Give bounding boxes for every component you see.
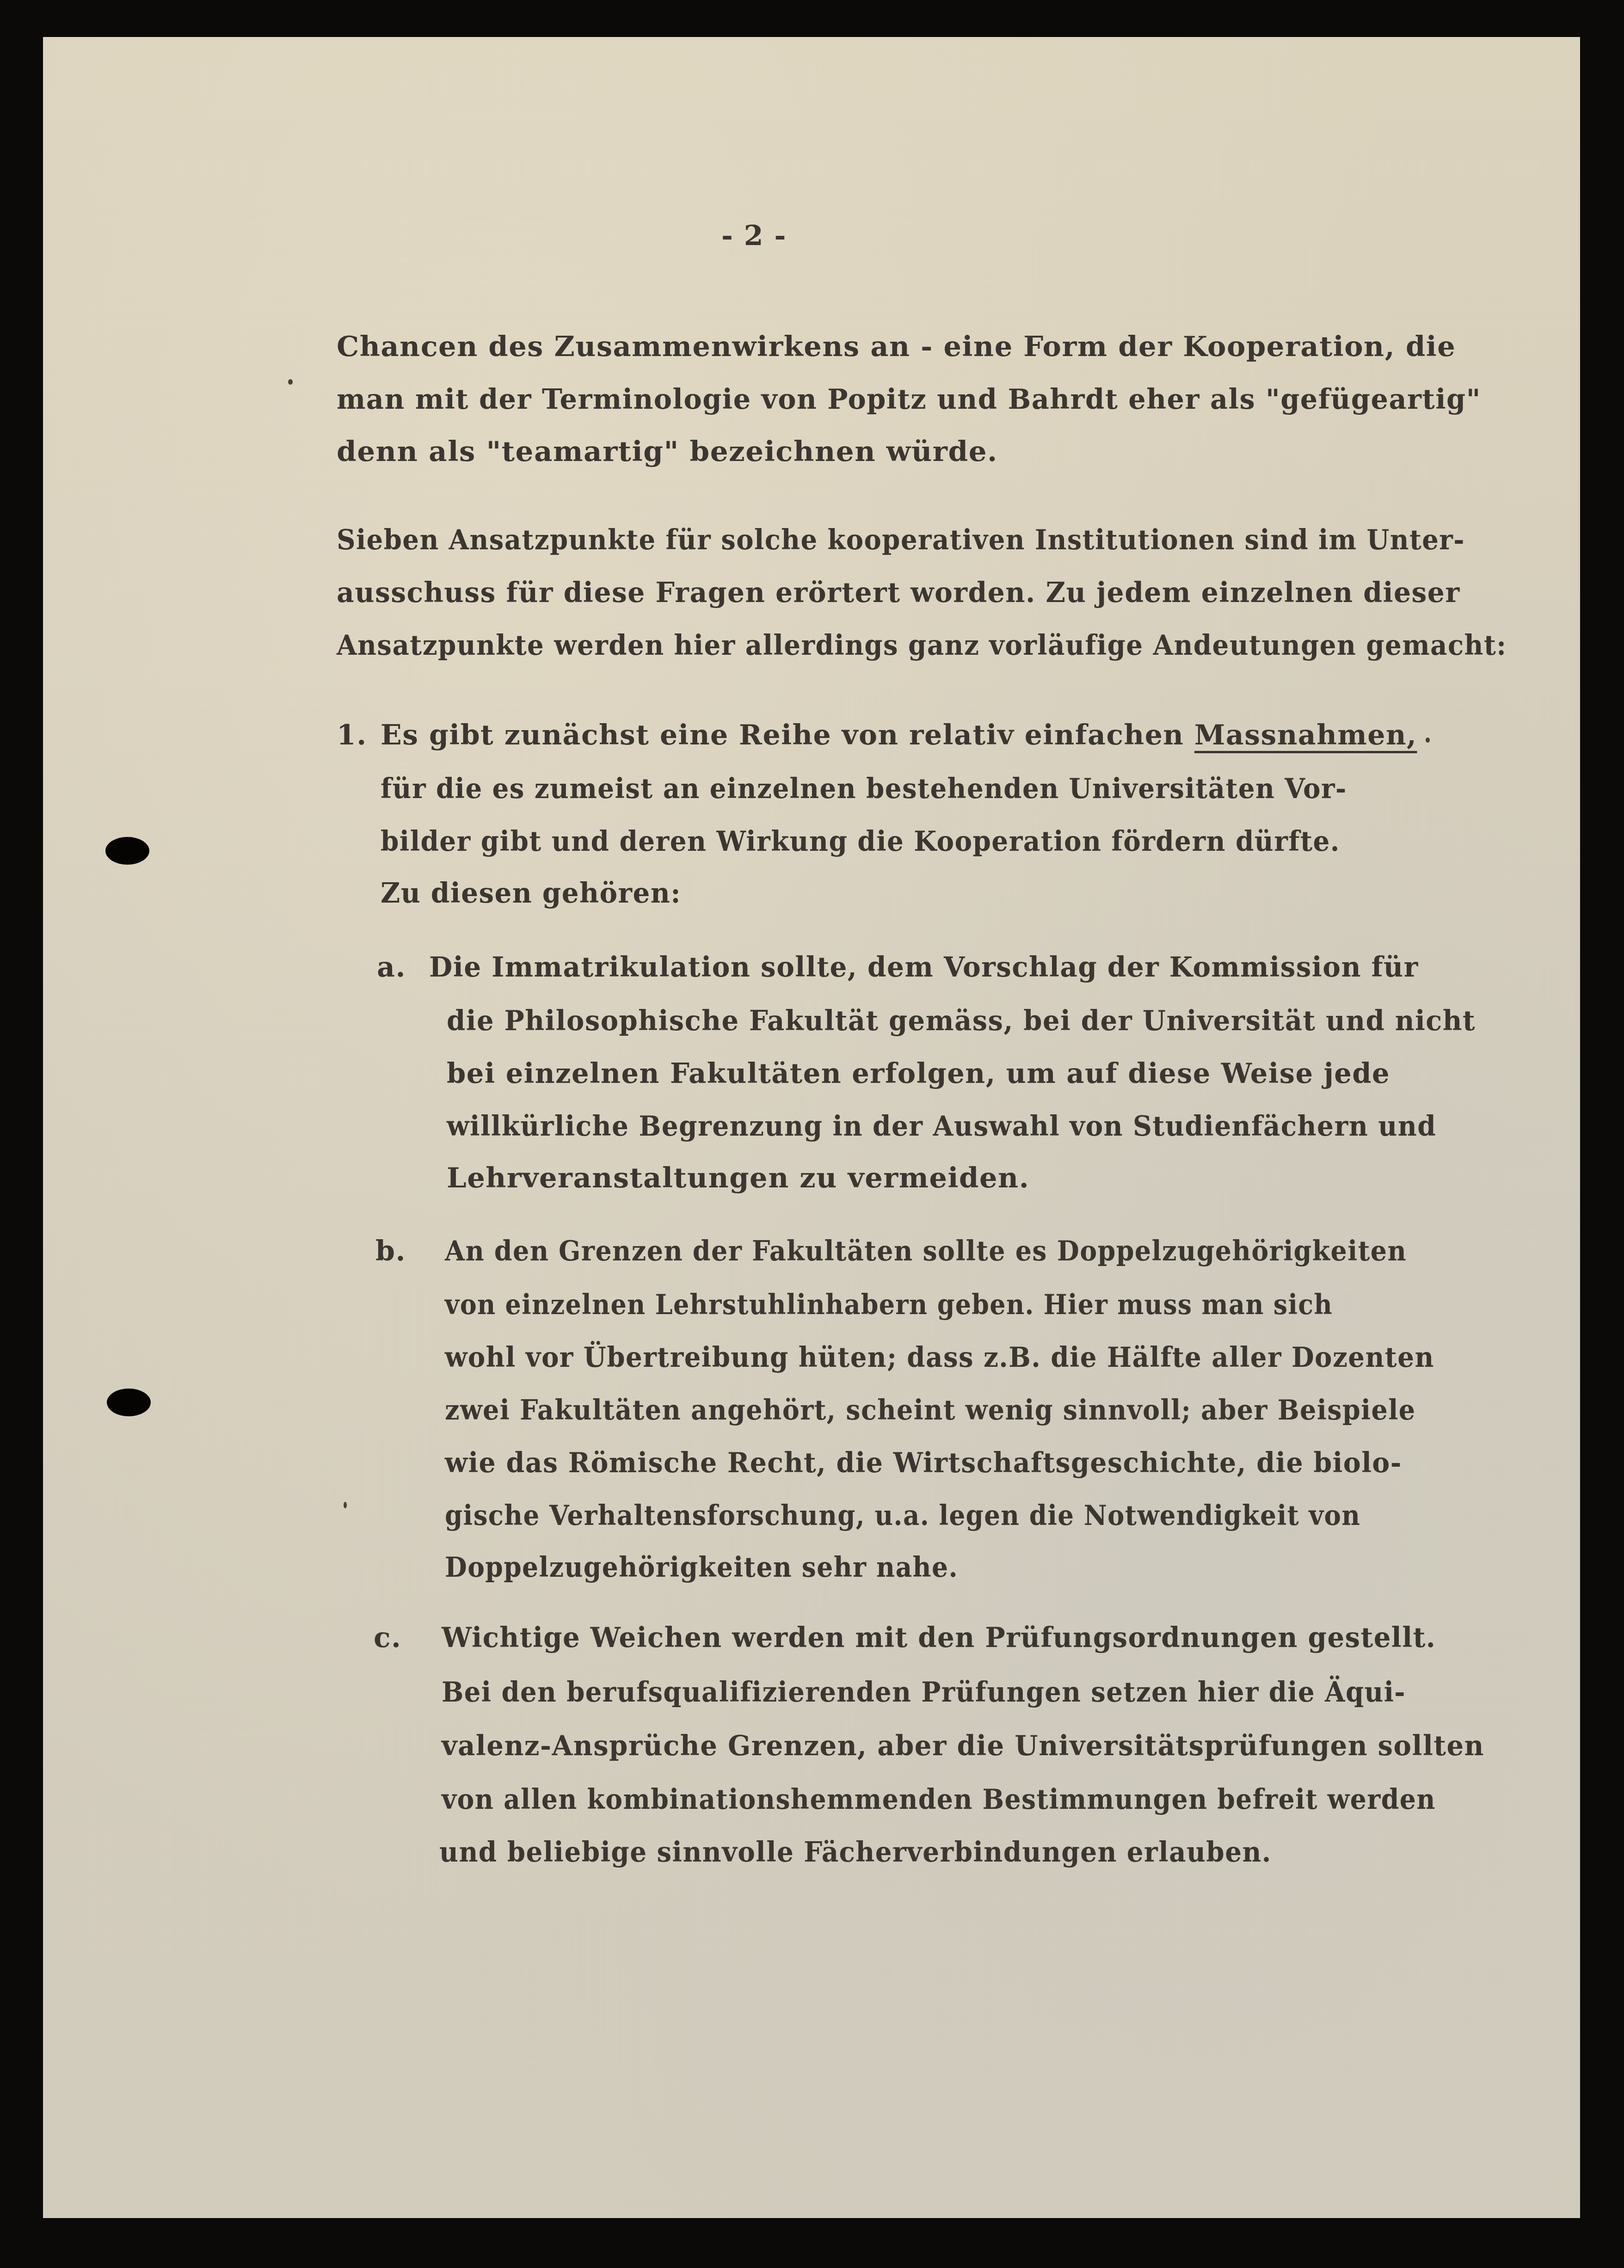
text-line: Sieben Ansatzpunkte für solche kooperati… [337, 526, 1465, 554]
text-line: An den Grenzen der Fakultäten sollte es … [445, 1237, 1407, 1265]
text-line: willkürliche Begrenzung in der Auswahl v… [447, 1112, 1436, 1140]
paper-speck [288, 379, 293, 385]
text-line: bei einzelnen Fakultäten erfolgen, um au… [447, 1060, 1390, 1088]
list-marker: 1. [337, 721, 367, 749]
list-marker: c. [374, 1624, 401, 1652]
text-line: von allen kombinationshemmenden Bestimmu… [442, 1786, 1436, 1813]
text-line: Wichtige Weichen werden mit den Prüfungs… [442, 1624, 1436, 1652]
text-line: Die Immatrikulation sollte, dem Vorschla… [429, 953, 1419, 981]
text-line: ausschuss für diese Fragen erörtert word… [337, 579, 1460, 607]
text-line: die Philosophische Fakultät gemäss, bei … [447, 1007, 1476, 1035]
text-line: gische Verhaltensforschung, u.a. legen d… [445, 1502, 1360, 1530]
text-line: Bei den berufsqualifizierenden Prüfungen… [442, 1678, 1406, 1706]
text-line: bilder gibt und deren Wirkung die Kooper… [381, 828, 1340, 855]
text-line: Doppelzugehörigkeiten sehr nahe. [445, 1554, 958, 1581]
text-line: wohl vor Übertreibung hüten; dass z.B. d… [445, 1344, 1434, 1371]
text-line: Es gibt zunächst eine Reihe von relativ … [381, 721, 1417, 749]
text-line: von einzelnen Lehrstuhlinhabern geben. H… [445, 1291, 1333, 1319]
punch-hole-top [105, 837, 149, 865]
text-line: Chancen des Zusammenwirkens an - eine Fo… [337, 333, 1456, 361]
text-line: für die es zumeist an einzelnen bestehen… [381, 775, 1347, 803]
text-segment: Es gibt zunächst eine Reihe von relativ … [381, 719, 1194, 751]
text-line: Zu diesen gehören: [381, 879, 681, 907]
underlined-term: Massnahmen, [1194, 719, 1417, 751]
list-marker: b. [375, 1237, 406, 1265]
text-line: Ansatzpunkte werden hier allerdings ganz… [337, 632, 1507, 659]
paper-speck [344, 1502, 347, 1508]
text-line: wie das Römische Recht, die Wirtschaftsg… [445, 1449, 1402, 1477]
text-line: man mit der Terminologie von Popitz und … [337, 386, 1481, 413]
text-line: zwei Fakultäten angehört, scheint wenig … [445, 1396, 1416, 1424]
list-marker: a. [377, 953, 406, 981]
text-line: und beliebige sinnvolle Fächerverbindung… [439, 1838, 1272, 1866]
page-number: - 2 - [721, 222, 787, 250]
punch-hole-bottom [107, 1389, 151, 1416]
text-line: Lehrveranstaltungen zu vermeiden. [447, 1164, 1029, 1192]
text-line: valenz-Ansprüche Grenzen, aber die Unive… [442, 1732, 1484, 1760]
paper-speck [1426, 738, 1430, 743]
text-line: denn als "teamartig" bezeichnen würde. [337, 438, 998, 466]
